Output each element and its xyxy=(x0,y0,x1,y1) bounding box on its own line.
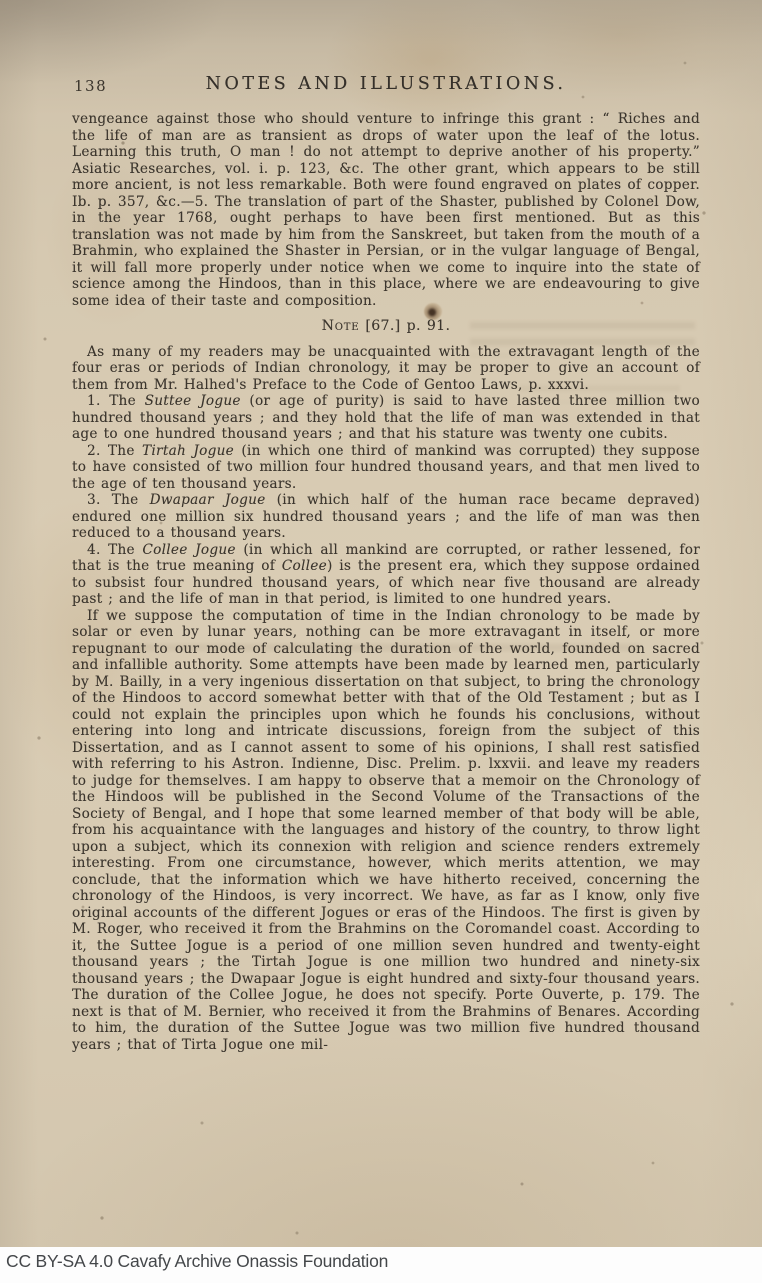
paragraph: 3. The Dwapaar Jogue (in which half of t… xyxy=(72,492,700,542)
page-text: vengeance against those who should ventu… xyxy=(72,111,700,1053)
page-content: 138 NOTES AND ILLUSTRATIONS. vengeance a… xyxy=(72,74,700,1053)
running-title: NOTES AND ILLUSTRATIONS. xyxy=(72,74,700,94)
license-text: CC BY-SA 4.0 Cavafy Archive Onassis Foun… xyxy=(6,1251,388,1272)
document-viewer: 138 NOTES AND ILLUSTRATIONS. vengeance a… xyxy=(0,0,762,1283)
page-header: 138 NOTES AND ILLUSTRATIONS. xyxy=(72,74,700,96)
paragraph: 4. The Collee Jogue (in which all mankin… xyxy=(72,542,700,608)
scanned-page: 138 NOTES AND ILLUSTRATIONS. vengeance a… xyxy=(0,0,762,1283)
page-number: 138 xyxy=(74,77,107,95)
paper-specks xyxy=(0,0,2,2)
paragraph: vengeance against those who should ventu… xyxy=(72,111,700,309)
paragraph: 1. The Suttee Jogue (or age of purity) i… xyxy=(72,393,700,443)
paragraph: 2. The Tirtah Jogue (in which one third … xyxy=(72,443,700,493)
note-heading: Note [67.] p. 91. xyxy=(72,318,700,335)
license-bar: CC BY-SA 4.0 Cavafy Archive Onassis Foun… xyxy=(0,1247,762,1283)
paragraph: If we suppose the computation of time in… xyxy=(72,608,700,1054)
paragraph: As many of my readers may be unacquainte… xyxy=(72,344,700,394)
